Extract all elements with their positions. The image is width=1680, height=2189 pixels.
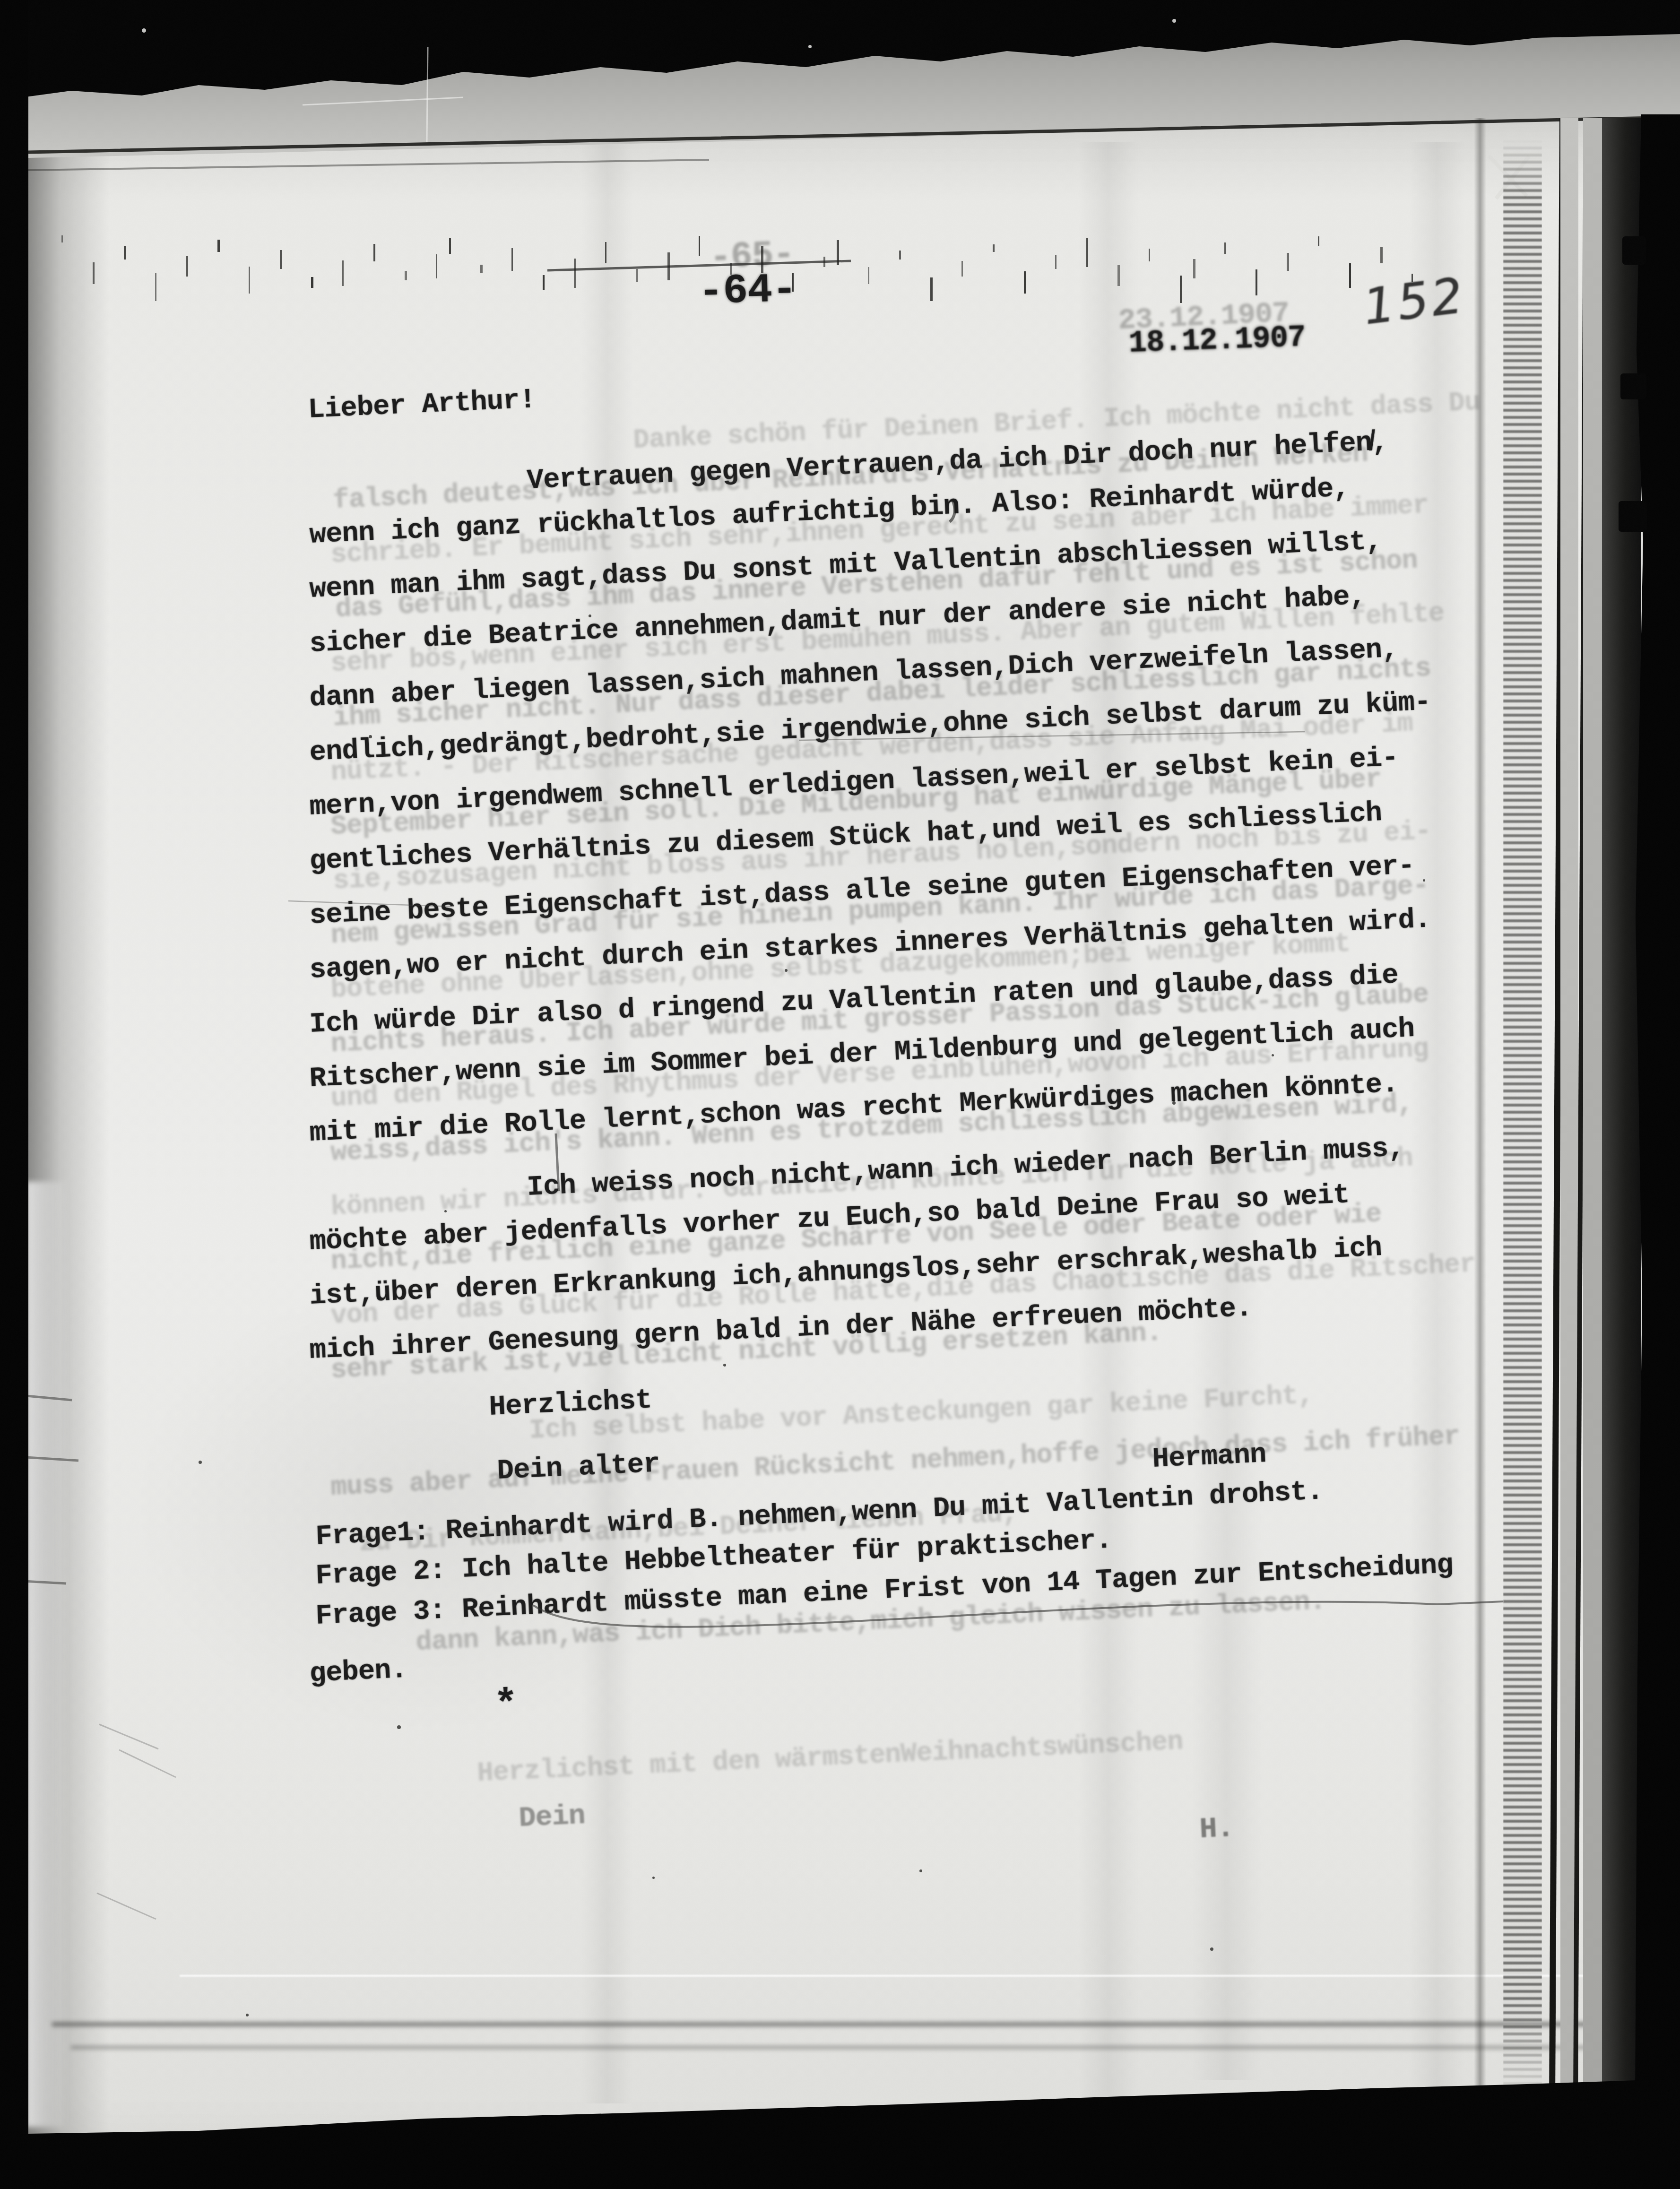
film-edge-notch: [1622, 236, 1646, 265]
page-right-crease: [1474, 118, 1486, 2099]
film-edge-notch: [1619, 501, 1647, 532]
microfilm-scan: -65- -64- 23.12.1907 18.12.1907 152 Lieb…: [0, 0, 1680, 2189]
scan-background-right: [1635, 114, 1680, 2189]
stacked-page-edge: [1583, 118, 1602, 2099]
stacked-page-edge-dark-band: [1602, 118, 1641, 2099]
scratches-and-pen-marks: [0, 0, 1680, 2189]
film-edge-notch: [1620, 373, 1646, 399]
binding-perforation-strip: [1503, 139, 1542, 2101]
scan-background-left: [0, 0, 28, 2189]
